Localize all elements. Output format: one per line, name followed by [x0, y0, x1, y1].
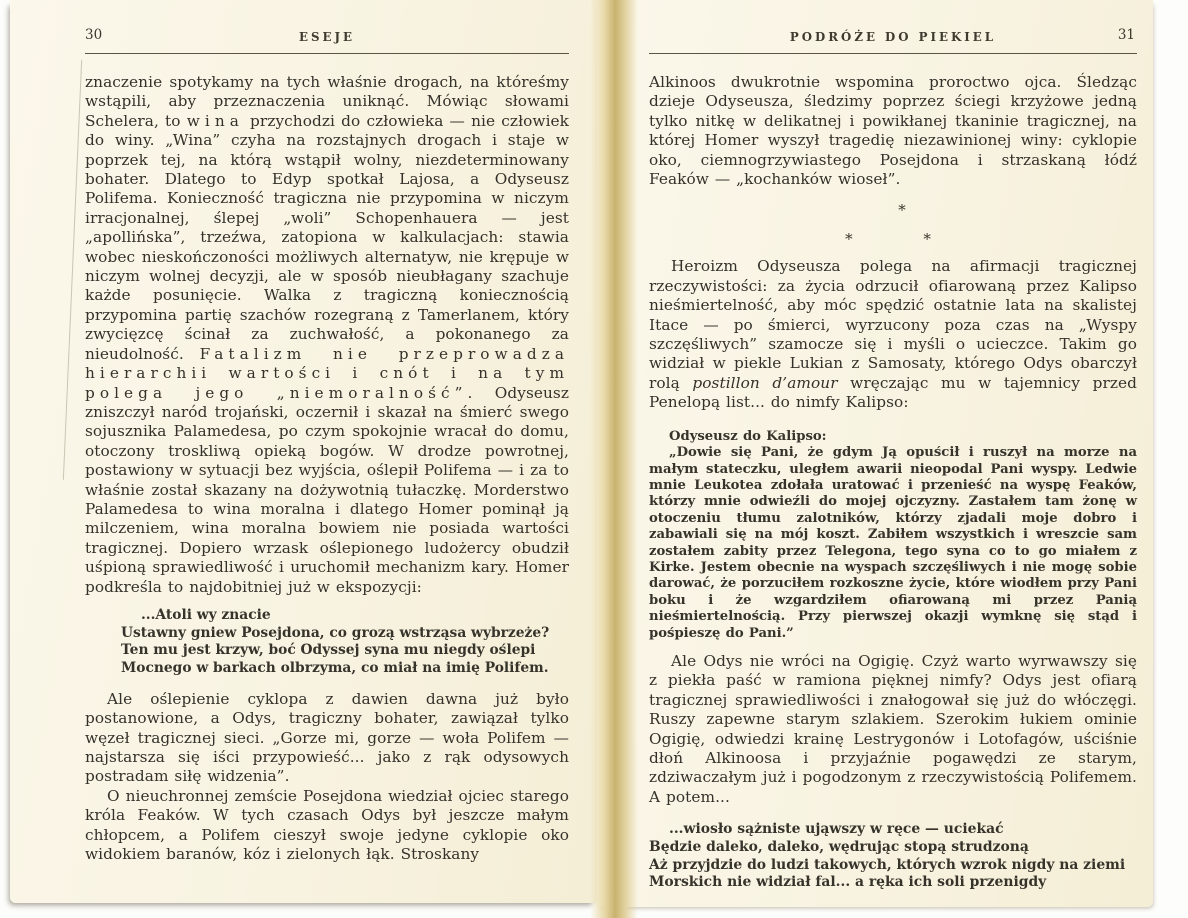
verse-line: Aż przyjdzie do ludzi takowych, których … [649, 857, 1137, 875]
left-running-header: 30 ESEJE [85, 27, 569, 54]
verse-line: ...Atoli wy znacie [121, 607, 569, 625]
verse-line: ...wiosło sążniste ująwszy w ręce — ucie… [649, 821, 1137, 839]
asterisk-separator: * * * [649, 203, 1137, 247]
right-text-column: PODRÓŻE DO PIEKIEL 31 Alkinoos dwukrotni… [649, 27, 1137, 892]
right-paragraph-1: Alkinoos dwukrotnie wspomina proroctwo o… [649, 73, 1137, 189]
letter-body: „Dowie się Pani, że gdym Ją opuścił i ru… [649, 445, 1137, 642]
right-page-number: 31 [1118, 27, 1135, 43]
asterisk-bottom-left: * [845, 232, 853, 247]
asterisk-bottom-row: * * [649, 232, 1137, 247]
book-scan: 30 ESEJE znaczenie spotykamy na tych wła… [0, 0, 1188, 918]
verse-line: Morskich nie widział fal... a ręka ich s… [649, 874, 1137, 892]
right-verse-quote: ...wiosło sążniste ująwszy w ręce — ucie… [649, 821, 1137, 892]
left-paragraph-1: znaczenie spotykamy na tych właśnie drog… [85, 73, 569, 597]
letter-quote: Odyseusz do Kalipso: „Dowie się Pani, że… [649, 429, 1137, 642]
left-text-column: 30 ESEJE znaczenie spotykamy na tych wła… [85, 27, 569, 864]
page-left: 30 ESEJE znaczenie spotykamy na tych wła… [10, 0, 597, 903]
right-p2-seg1: Heroizm Odyseusza polega na afirmacji tr… [649, 257, 1137, 391]
left-p1-spaced-wina: wina [187, 112, 244, 130]
right-paragraph-3: Ale Odys nie wróci na Ogigię. Czyż warto… [649, 652, 1137, 807]
left-p1-seg2: przychodzi do człowieka — nie człowiek d… [85, 112, 569, 363]
verse-line: Mocnego w barkach olbrzyma, co miał na i… [121, 660, 569, 678]
right-paragraph-2: Heroizm Odyseusza polega na afirmacji tr… [649, 257, 1137, 412]
verse-line: Będzie daleko, daleko, wędrując stopą st… [649, 839, 1137, 857]
verse-line: Ten mu jest krzyw, boć Odyssej syna mu n… [121, 642, 569, 660]
right-p2-italic: postillon d’amour [692, 374, 837, 392]
asterisk-top: * [649, 203, 1137, 218]
right-running-header: PODRÓŻE DO PIEKIEL 31 [649, 27, 1137, 54]
letter-heading: Odyseusz do Kalipso: [649, 429, 1137, 445]
left-paragraph-3: O nieuchronnej zemście Posejdona wiedzia… [85, 787, 569, 865]
left-paragraph-2: Ale oślepienie cyklopa z dawien dawna ju… [85, 690, 569, 787]
asterisk-bottom-right: * [923, 232, 931, 247]
page-crease [63, 60, 82, 480]
verse-line: Ustawny gniew Posejdona, co grozą wstrzą… [121, 625, 569, 643]
left-p1-seg3: Odyseusz zniszczył naród trojański, ocze… [85, 384, 569, 596]
right-running-title: PODRÓŻE DO PIEKIEL [649, 30, 1137, 44]
page-right: PODRÓŻE DO PIEKIEL 31 Alkinoos dwukrotni… [597, 0, 1153, 907]
left-running-title: ESEJE [85, 30, 569, 44]
left-verse-quote: ...Atoli wy znacie Ustawny gniew Posejdo… [121, 607, 569, 678]
